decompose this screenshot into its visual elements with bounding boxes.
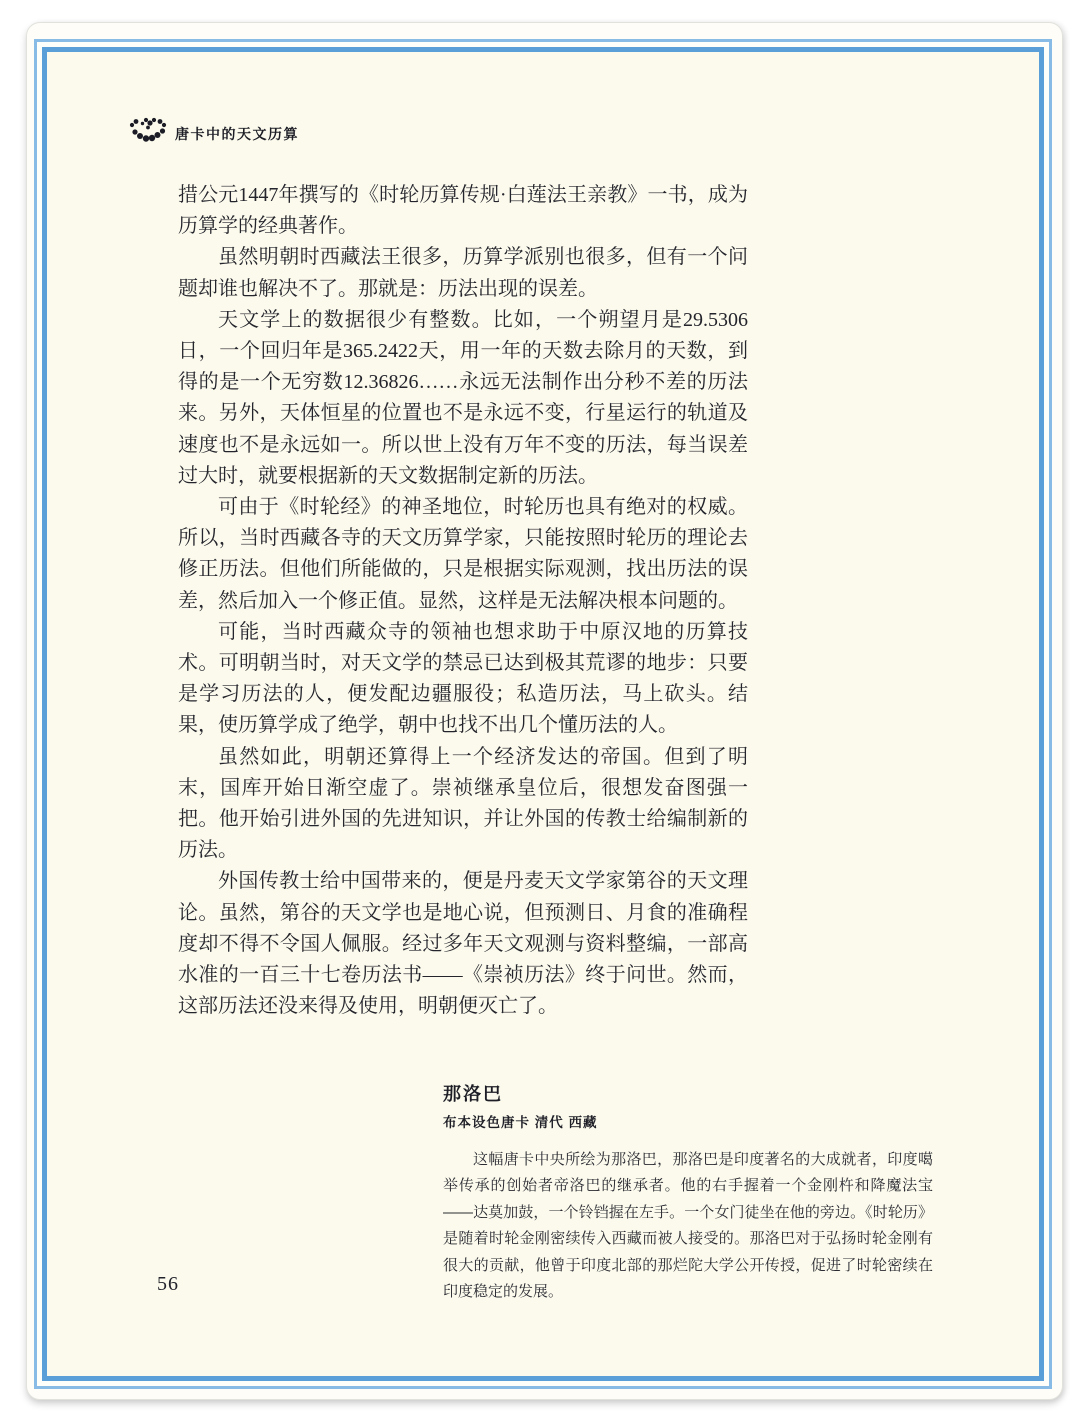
figure-caption-block: 那洛巴 布本设色唐卡 清代 西藏 这幅唐卡中央所绘为那洛巴，那洛巴是印度著名的大…: [443, 1080, 933, 1305]
body-paragraph: 措公元1447年撰写的《时轮历算传规·白莲法王亲教》一书，成为历算学的经典著作。: [178, 180, 748, 242]
body-paragraph: 外国传教士给中国带来的，便是丹麦天文学家第谷的天文理论。虽然，第谷的天文学也是地…: [178, 866, 748, 1022]
caption-title: 那洛巴: [443, 1080, 933, 1106]
body-paragraph: 虽然明朝时西藏法王很多，历算学派别也很多，但有一个问题却谁也解决不了。那就是：历…: [178, 242, 748, 304]
page-number: 56: [157, 1273, 179, 1296]
body-paragraph: 天文学上的数据很少有整数。比如，一个朔望月是29.5306日，一个回归年是365…: [178, 305, 748, 492]
body-text-block: 措公元1447年撰写的《时轮历算传规·白莲法王亲教》一书，成为历算学的经典著作。…: [178, 180, 748, 1022]
body-paragraph: 虽然如此，明朝还算得上一个经济发达的帝国。但到了明末，国库开始日渐空虚了。崇祯继…: [178, 742, 748, 867]
body-paragraph: 可由于《时轮经》的神圣地位，时轮历也具有绝对的权威。所以，当时西藏各寺的天文历算…: [178, 492, 748, 617]
running-header-title: 唐卡中的天文历算: [175, 124, 299, 144]
body-paragraph: 可能，当时西藏众寺的领袖也想求助于中原汉地的历算技术。可明朝当时，对天文学的禁忌…: [178, 617, 748, 742]
decorative-border-outer: 唐卡中的天文历算 措公元1447年撰写的《时轮历算传规·白莲法王亲教》一书，成为…: [34, 39, 1052, 1389]
book-page: 唐卡中的天文历算 措公元1447年撰写的《时轮历算传规·白莲法王亲教》一书，成为…: [26, 22, 1063, 1400]
dotted-crescent-emblem-icon: [127, 114, 169, 148]
page-content: 唐卡中的天文历算 措公元1447年撰写的《时轮历算传规·白莲法王亲教》一书，成为…: [47, 52, 1039, 1376]
caption-subtitle: 布本设色唐卡 清代 西藏: [443, 1111, 933, 1131]
caption-body: 这幅唐卡中央所绘为那洛巴，那洛巴是印度著名的大成就者，印度噶举传承的创始者帝洛巴…: [443, 1147, 933, 1305]
decorative-border-inner: 唐卡中的天文历算 措公元1447年撰写的《时轮历算传规·白莲法王亲教》一书，成为…: [42, 47, 1044, 1381]
